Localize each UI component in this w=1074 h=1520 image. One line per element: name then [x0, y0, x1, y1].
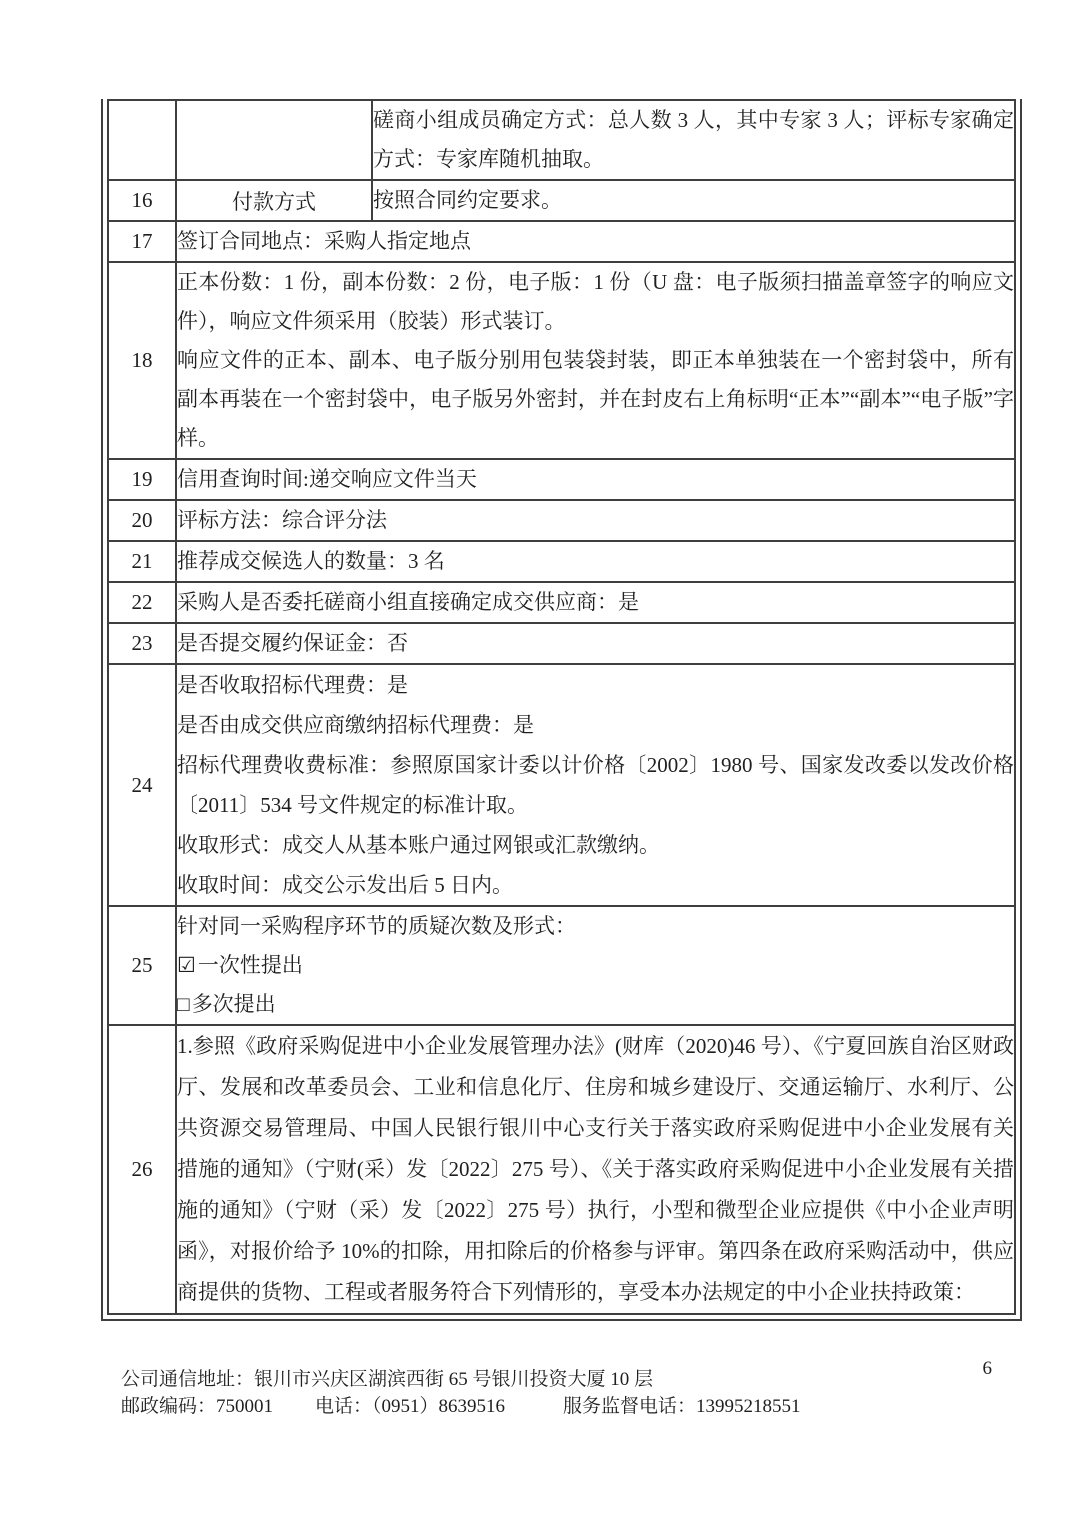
row-content-cell: 评标方法：综合评分法 [176, 500, 1015, 541]
row-number-cell: 17 [108, 221, 176, 262]
query-option-once-label: 一次性提出 [198, 953, 303, 977]
packaging-paragraph: 响应文件的正本、副本、电子版分别用包装袋封装，即正本单独装在一个密封袋中，所有副… [177, 341, 1014, 458]
row-number-cell [108, 100, 176, 180]
info-table-wrapper: 磋商小组成员确定方式：总人数 3 人，其中专家 3 人；评标专家确定方式：专家库… [101, 99, 1022, 1321]
agency-fee-standard-text: 招标代理费收费标准：参照原国家计委以计价格〔2002〕1980 号、国家发改委以… [177, 745, 1014, 825]
table-row-23: 23 是否提交履约保证金：否 [108, 623, 1015, 664]
page-number: 6 [983, 1358, 993, 1380]
row-number-cell: 22 [108, 582, 176, 623]
copies-count-paragraph: 正本份数：1 份，副本份数：2 份，电子版：1 份（U 盘：电子版须扫描盖章签字… [177, 263, 1014, 341]
table-row-24: 24 是否收取招标代理费：是 是否由成交供应商缴纳招标代理费：是 招标代理费收费… [108, 664, 1015, 906]
row-label-cell: 付款方式 [176, 180, 372, 221]
query-form-title: 针对同一采购程序环节的质疑次数及形式： [177, 907, 1014, 946]
performance-bond-text: 是否提交履约保证金：否 [177, 624, 1014, 663]
table-row-26: 26 1.参照《政府采购促进中小企业发展管理办法》(财库（2020)46 号）、… [108, 1025, 1015, 1314]
credit-check-time-text: 信用查询时间:递交响应文件当天 [177, 460, 1014, 499]
checked-checkbox-icon: ☑ [177, 953, 196, 977]
table-row-25: 25 针对同一采购程序环节的质疑次数及形式： ☑一次性提出 □多次提出 [108, 906, 1015, 1025]
contract-location-text: 签订合同地点：采购人指定地点 [177, 222, 1014, 261]
row-number-cell: 24 [108, 664, 176, 906]
row-content-cell: 正本份数：1 份，副本份数：2 份，电子版：1 份（U 盘：电子版须扫描盖章签字… [176, 262, 1015, 459]
agency-fee-payer-text: 是否由成交供应商缴纳招标代理费：是 [177, 705, 1014, 745]
document-page: 磋商小组成员确定方式：总人数 3 人，其中专家 3 人；评标专家确定方式：专家库… [0, 0, 1074, 1520]
row-content-cell: 按照合同约定要求。 [372, 180, 1015, 221]
agency-fee-charged-text: 是否收取招标代理费：是 [177, 665, 1014, 705]
footer-postcode: 邮政编码：750001 [121, 1396, 273, 1417]
unchecked-checkbox-icon: □ [177, 992, 190, 1016]
candidates-count-text: 推荐成交候选人的数量：3 名 [177, 542, 1014, 581]
table-row-17: 17 签订合同地点：采购人指定地点 [108, 221, 1015, 262]
row-content-cell: 是否收取招标代理费：是 是否由成交供应商缴纳招标代理费：是 招标代理费收费标准：… [176, 664, 1015, 906]
row-content-cell: 是否提交履约保证金：否 [176, 623, 1015, 664]
row-number-cell: 25 [108, 906, 176, 1025]
table-row-15-continuation: 磋商小组成员确定方式：总人数 3 人，其中专家 3 人；评标专家确定方式：专家库… [108, 100, 1015, 180]
sme-policy-paragraph: 1.参照《政府采购促进中小企业发展管理办法》(财库（2020)46 号）、《宁夏… [177, 1026, 1014, 1313]
row-number-cell: 18 [108, 262, 176, 459]
table-row-19: 19 信用查询时间:递交响应文件当天 [108, 459, 1015, 500]
footer-address-line: 公司通信地址：银川市兴庆区湖滨西街 65 号银川投资大厦 10 层 [121, 1366, 1022, 1393]
query-option-once: ☑一次性提出 [177, 946, 1014, 985]
row-content-cell: 针对同一采购程序环节的质疑次数及形式： ☑一次性提出 □多次提出 [176, 906, 1015, 1025]
negotiation-team-text: 磋商小组成员确定方式：总人数 3 人，其中专家 3 人；评标专家确定方式：专家库… [373, 101, 1014, 179]
entrust-team-text: 采购人是否委托磋商小组直接确定成交供应商：是 [177, 583, 1014, 622]
collection-form-text: 收取形式：成交人从基本账户通过网银或汇款缴纳。 [177, 825, 1014, 865]
page-footer: 6 公司通信地址：银川市兴庆区湖滨西街 65 号银川投资大厦 10 层 邮政编码… [101, 1366, 1022, 1420]
evaluation-method-text: 评标方法：综合评分法 [177, 501, 1014, 540]
collection-time-text: 收取时间：成交公示发出后 5 日内。 [177, 865, 1014, 905]
table-row-22: 22 采购人是否委托磋商小组直接确定成交供应商：是 [108, 582, 1015, 623]
row-label-cell [176, 100, 372, 180]
info-table: 磋商小组成员确定方式：总人数 3 人，其中专家 3 人；评标专家确定方式：专家库… [107, 99, 1016, 1315]
row-number-cell: 21 [108, 541, 176, 582]
row-content-cell: 签订合同地点：采购人指定地点 [176, 221, 1015, 262]
query-option-multiple: □多次提出 [177, 985, 1014, 1024]
row-number-cell: 23 [108, 623, 176, 664]
row-content-cell: 磋商小组成员确定方式：总人数 3 人，其中专家 3 人；评标专家确定方式：专家库… [372, 100, 1015, 180]
row-content-cell: 1.参照《政府采购促进中小企业发展管理办法》(财库（2020)46 号）、《宁夏… [176, 1025, 1015, 1314]
table-row-20: 20 评标方法：综合评分法 [108, 500, 1015, 541]
payment-method-text: 按照合同约定要求。 [373, 181, 1014, 220]
row-content-cell: 采购人是否委托磋商小组直接确定成交供应商：是 [176, 582, 1015, 623]
row-content-cell: 推荐成交候选人的数量：3 名 [176, 541, 1015, 582]
row-number-cell: 16 [108, 180, 176, 221]
row-number-cell: 26 [108, 1025, 176, 1314]
row-number-cell: 19 [108, 459, 176, 500]
row-number-cell: 20 [108, 500, 176, 541]
footer-phone: 电话：（0951）8639516 [315, 1396, 505, 1417]
row-content-cell: 信用查询时间:递交响应文件当天 [176, 459, 1015, 500]
query-option-multiple-label: 多次提出 [192, 992, 276, 1016]
table-row-16: 16 付款方式 按照合同约定要求。 [108, 180, 1015, 221]
footer-contact-line: 邮政编码：750001电话：（0951）8639516服务监督电话：139952… [121, 1393, 1022, 1420]
table-row-18: 18 正本份数：1 份，副本份数：2 份，电子版：1 份（U 盘：电子版须扫描盖… [108, 262, 1015, 459]
footer-service-phone: 服务监督电话：13995218551 [563, 1396, 801, 1417]
table-row-21: 21 推荐成交候选人的数量：3 名 [108, 541, 1015, 582]
